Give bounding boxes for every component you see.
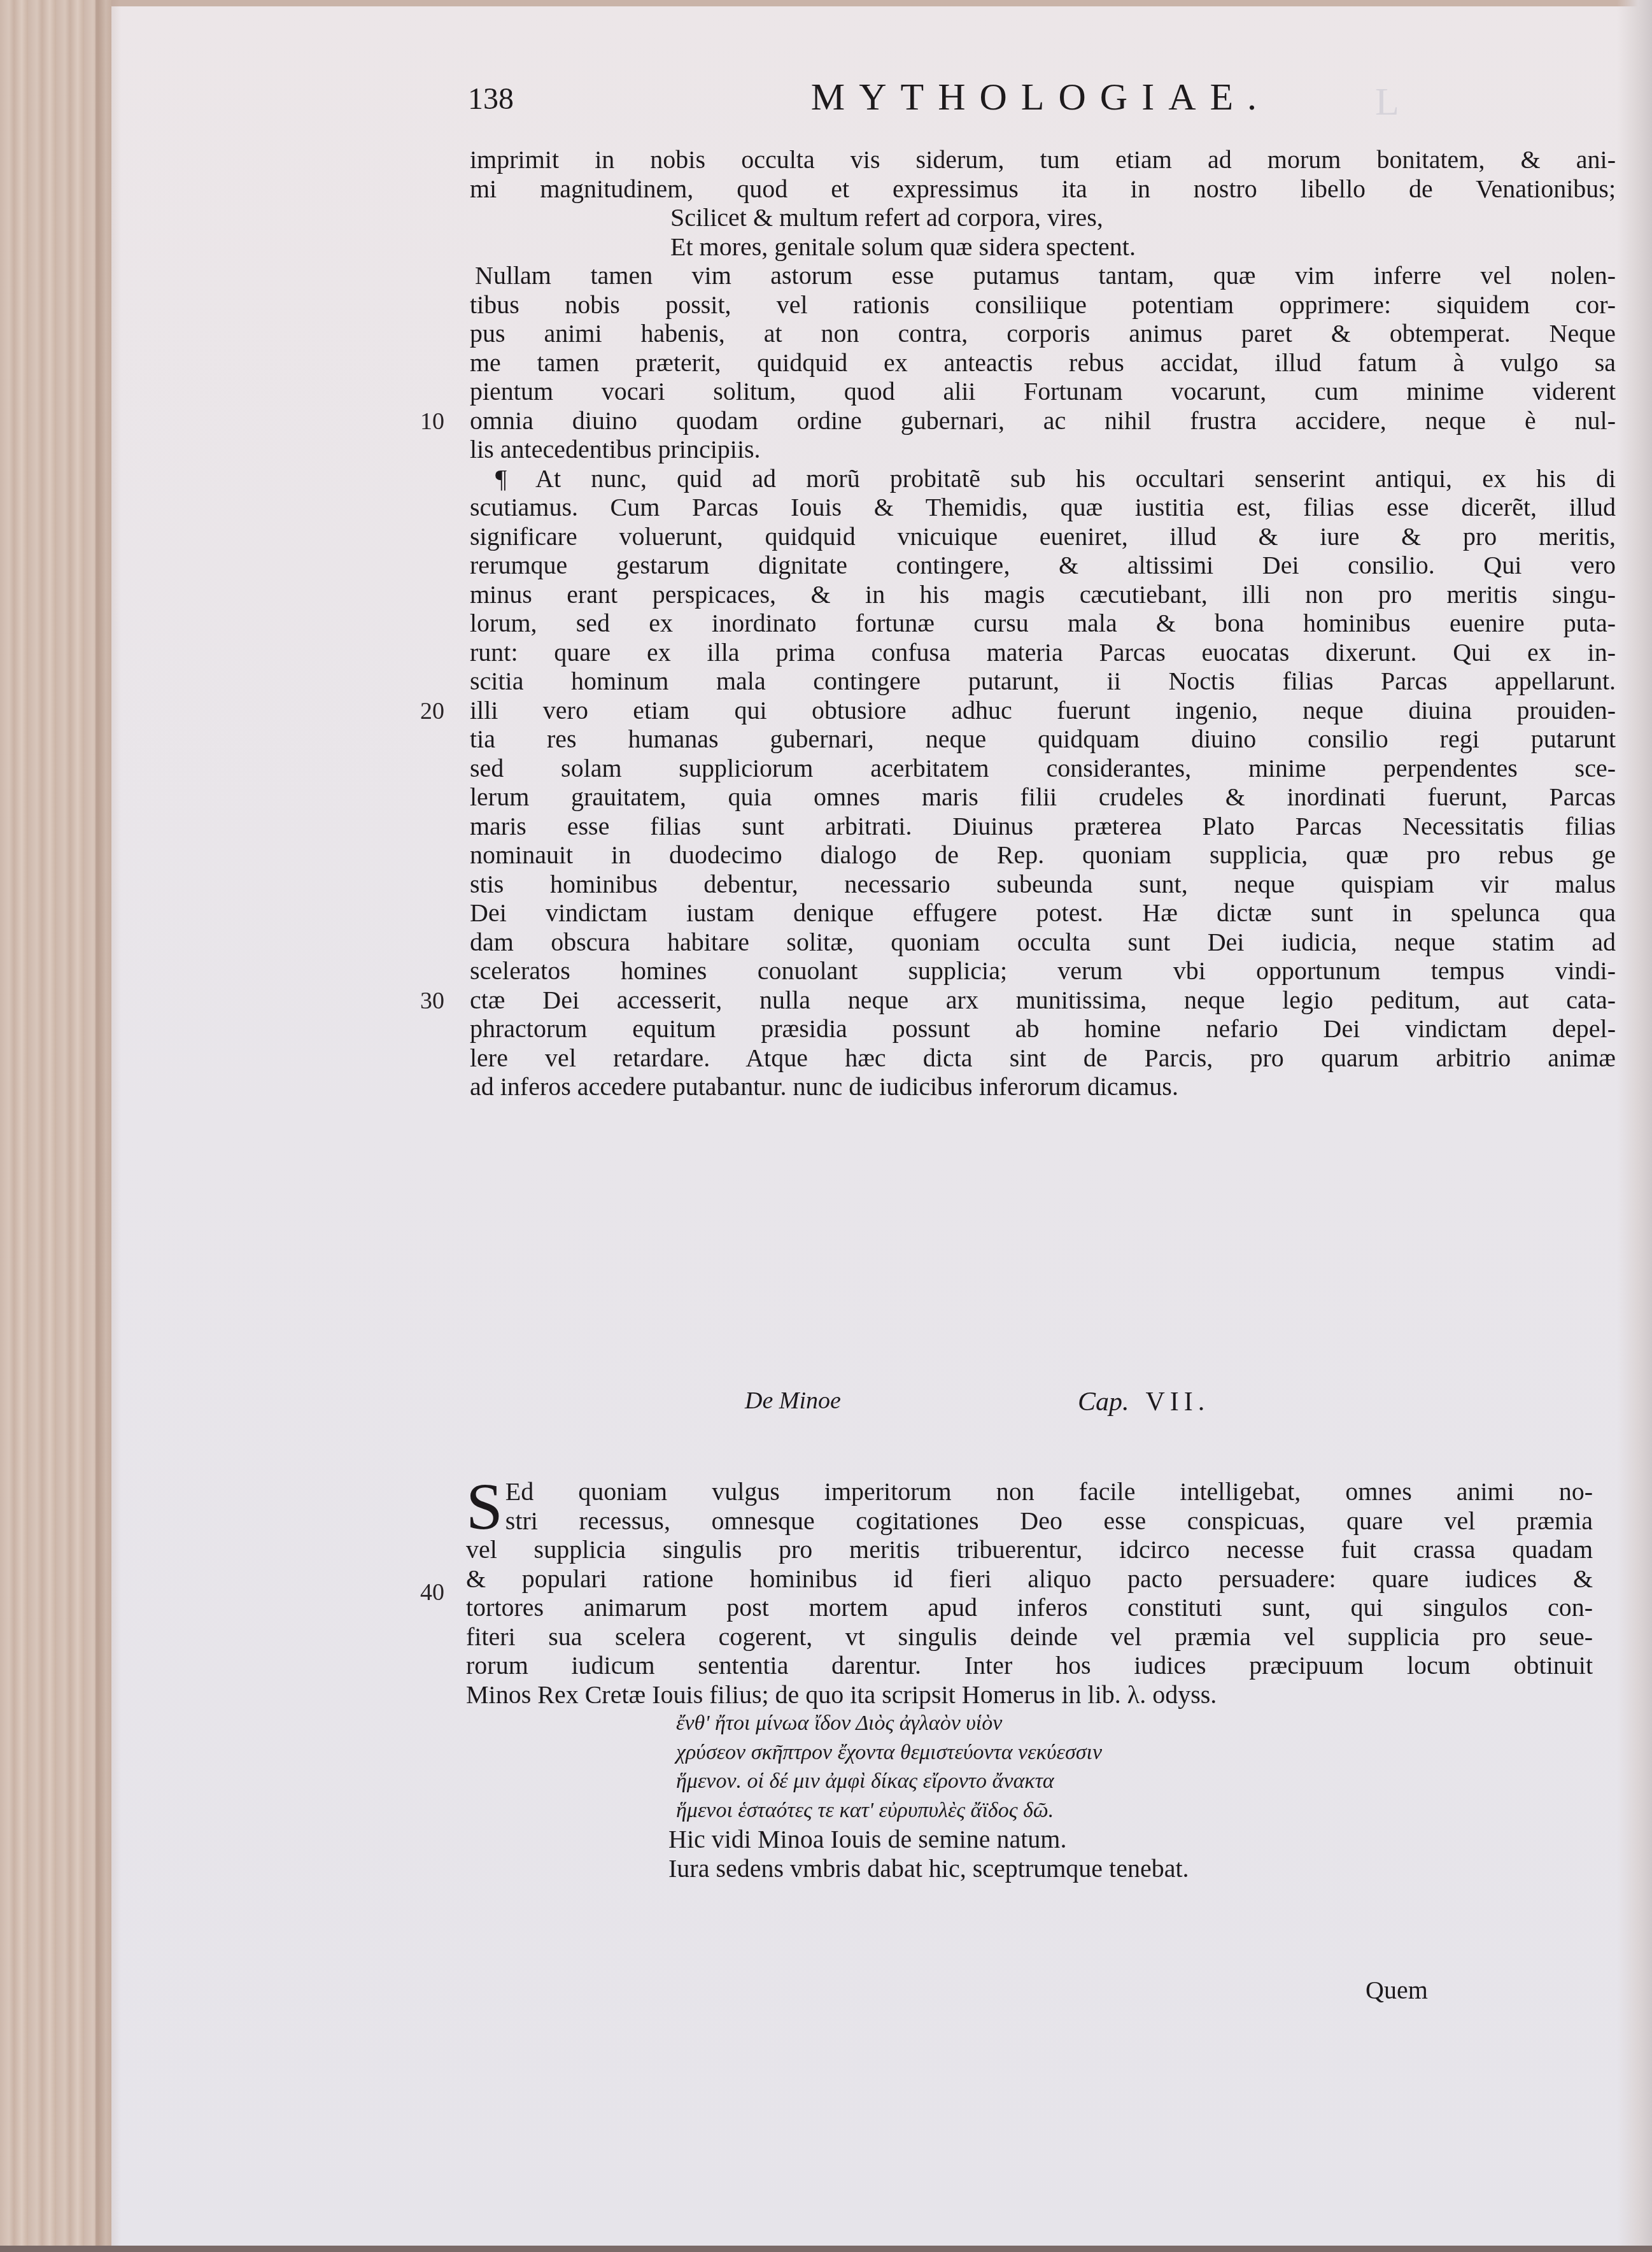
- line-number: 20: [420, 697, 444, 725]
- latin-verse-line: Iura sedens vmbris dabat hic, sceptrumqu…: [466, 1854, 1593, 1883]
- text-line: pus animi habenis, at non contra, corpor…: [470, 319, 1616, 348]
- drop-cap: S: [466, 1480, 503, 1534]
- text-line: ad inferos accedere putabantur. nunc de …: [470, 1072, 1616, 1101]
- text-line: scutiamus. Cum Parcas Iouis & Themidis, …: [470, 493, 1616, 522]
- text-line: rerumque gestarum dignitate contingere, …: [470, 551, 1616, 580]
- page-right-edge: [1617, 0, 1652, 2252]
- text-line: Ed quoniam vulgus imperitorum non facile…: [466, 1477, 1593, 1506]
- greek-verse-line: χρύσεον σκῆπτρον ἔχοντα θεμιστεύοντα νεκ…: [466, 1738, 1593, 1767]
- greek-verse-line: ἔνθ' ἤτοι μίνωα ἴδον Διὸς ἀγλαὸν υἱὸν: [466, 1709, 1593, 1738]
- text-line: runt: quare ex illa prima confusa materi…: [470, 638, 1616, 667]
- text-line: Dei vindictam iustam denique effugere po…: [470, 898, 1616, 928]
- text-line: tortores animarum post mortem apud infer…: [466, 1593, 1593, 1622]
- text-line: omnia diuino quodam ordine gubernari, ac…: [470, 406, 1616, 436]
- text-line: maris esse filias sunt arbitrati. Diuinu…: [470, 812, 1616, 841]
- text-line: ctæ Dei accesserit, nulla neque arx muni…: [470, 986, 1616, 1015]
- line-number: 30: [420, 987, 444, 1015]
- greek-verse-line: ἥμενοι ἑσταότες τε κατ' εὐρυπυλὲς ἄϊδος …: [466, 1796, 1593, 1825]
- book-page-edges: [0, 0, 111, 2252]
- text-line: lis antecedentibus principiis.: [470, 435, 1616, 464]
- text-line: lorum, sed ex inordinato fortunæ cursu m…: [470, 609, 1616, 638]
- catchword: Quem: [1366, 1975, 1428, 2005]
- text-line: significare voluerunt, quidquid vnicuiqu…: [470, 522, 1616, 551]
- page-header: 138 MYTHOLOGIAE.: [468, 75, 1614, 126]
- text-line: vel supplicia singulis pro meritis tribu…: [466, 1535, 1593, 1564]
- text-line: tibus nobis possit, vel rationis consili…: [470, 290, 1616, 320]
- text-line: tia res humanas gubernari, neque quidqua…: [470, 725, 1616, 754]
- text-line: scitia hominum mala contingere putarunt,…: [470, 667, 1616, 696]
- text-line: ¶ At nunc, quid ad morũ probitatẽ sub hi…: [470, 464, 1616, 493]
- chapter-text-block: SEd quoniam vulgus imperitorum non facil…: [466, 1477, 1593, 1883]
- text-line: me tamen præterit, quidquid ex anteactis…: [470, 348, 1616, 378]
- greek-verse-line: ἥμενον. οἱ δέ μιν ἀμφὶ δίκας εἴροντο ἄνα…: [466, 1767, 1593, 1796]
- text-line: dam obscura habitare solitæ, quoniam occ…: [470, 928, 1616, 957]
- text-line: pientum vocari solitum, quod alii Fortun…: [470, 377, 1616, 406]
- text-line: stis hominibus debentur, necessario sube…: [470, 870, 1616, 899]
- text-line: rorum iudicum sententia darentur. Inter …: [466, 1651, 1593, 1680]
- text-line: Nullam tamen vim astorum esse putamus ta…: [470, 261, 1616, 290]
- text-line: imprimit in nobis occulta vis siderum, t…: [470, 145, 1616, 174]
- text-line: fiteri sua scelera cogerent, vt singulis…: [466, 1622, 1593, 1652]
- main-text-block: imprimit in nobis occulta vis siderum, t…: [470, 145, 1616, 1101]
- text-line: lere vel retardare. Atque hæc dicta sint…: [470, 1044, 1616, 1073]
- text-line: stri recessus, omnesque cogitationes Deo…: [466, 1506, 1593, 1536]
- text-line: & populari ratione hominibus id fieri al…: [466, 1564, 1593, 1594]
- text-line: phractorum equitum præsidia possunt ab h…: [470, 1014, 1616, 1044]
- chapter-number: Cap.VII.: [1078, 1387, 1210, 1417]
- running-title: MYTHOLOGIAE.: [468, 75, 1614, 119]
- text-line: mi magnitudinem, quod et expressimus ita…: [470, 174, 1616, 204]
- line-number: 10: [420, 407, 444, 436]
- photo-top-border: [0, 0, 1652, 6]
- text-line: Et mores, genitale solum quæ sidera spec…: [470, 232, 1616, 262]
- text-line: minus erant perspicaces, & in his magis …: [470, 580, 1616, 609]
- chapter-subject: De Minoe: [745, 1387, 841, 1415]
- text-line: lerum grauitatem, quia omnes maris filii…: [470, 783, 1616, 812]
- text-line: illi vero etiam qui obtusiore adhuc fuer…: [470, 696, 1616, 725]
- latin-verse-line: Hic vidi Minoa Iouis de semine natum.: [466, 1825, 1593, 1854]
- chapter-numeral: VII.: [1146, 1387, 1210, 1417]
- chapter-label: Cap.: [1078, 1387, 1129, 1417]
- text-line: Minos Rex Cretæ Iouis filius; de quo ita…: [466, 1680, 1593, 1710]
- text-line: sceleratos homines conuolant supplicia; …: [470, 956, 1616, 986]
- chapter-heading: De Minoe Cap.VII.: [470, 1387, 1616, 1425]
- gutter-shadow: [95, 0, 121, 2252]
- text-line: sed solam suppliciorum acerbitatem consi…: [470, 754, 1616, 783]
- photo-bottom-border: [0, 2246, 1652, 2252]
- line-number: 40: [420, 1578, 444, 1606]
- text-line: Scilicet & multum refert ad corpora, vir…: [470, 203, 1616, 232]
- text-line: nominauit in duodecimo dialogo de Rep. q…: [470, 840, 1616, 870]
